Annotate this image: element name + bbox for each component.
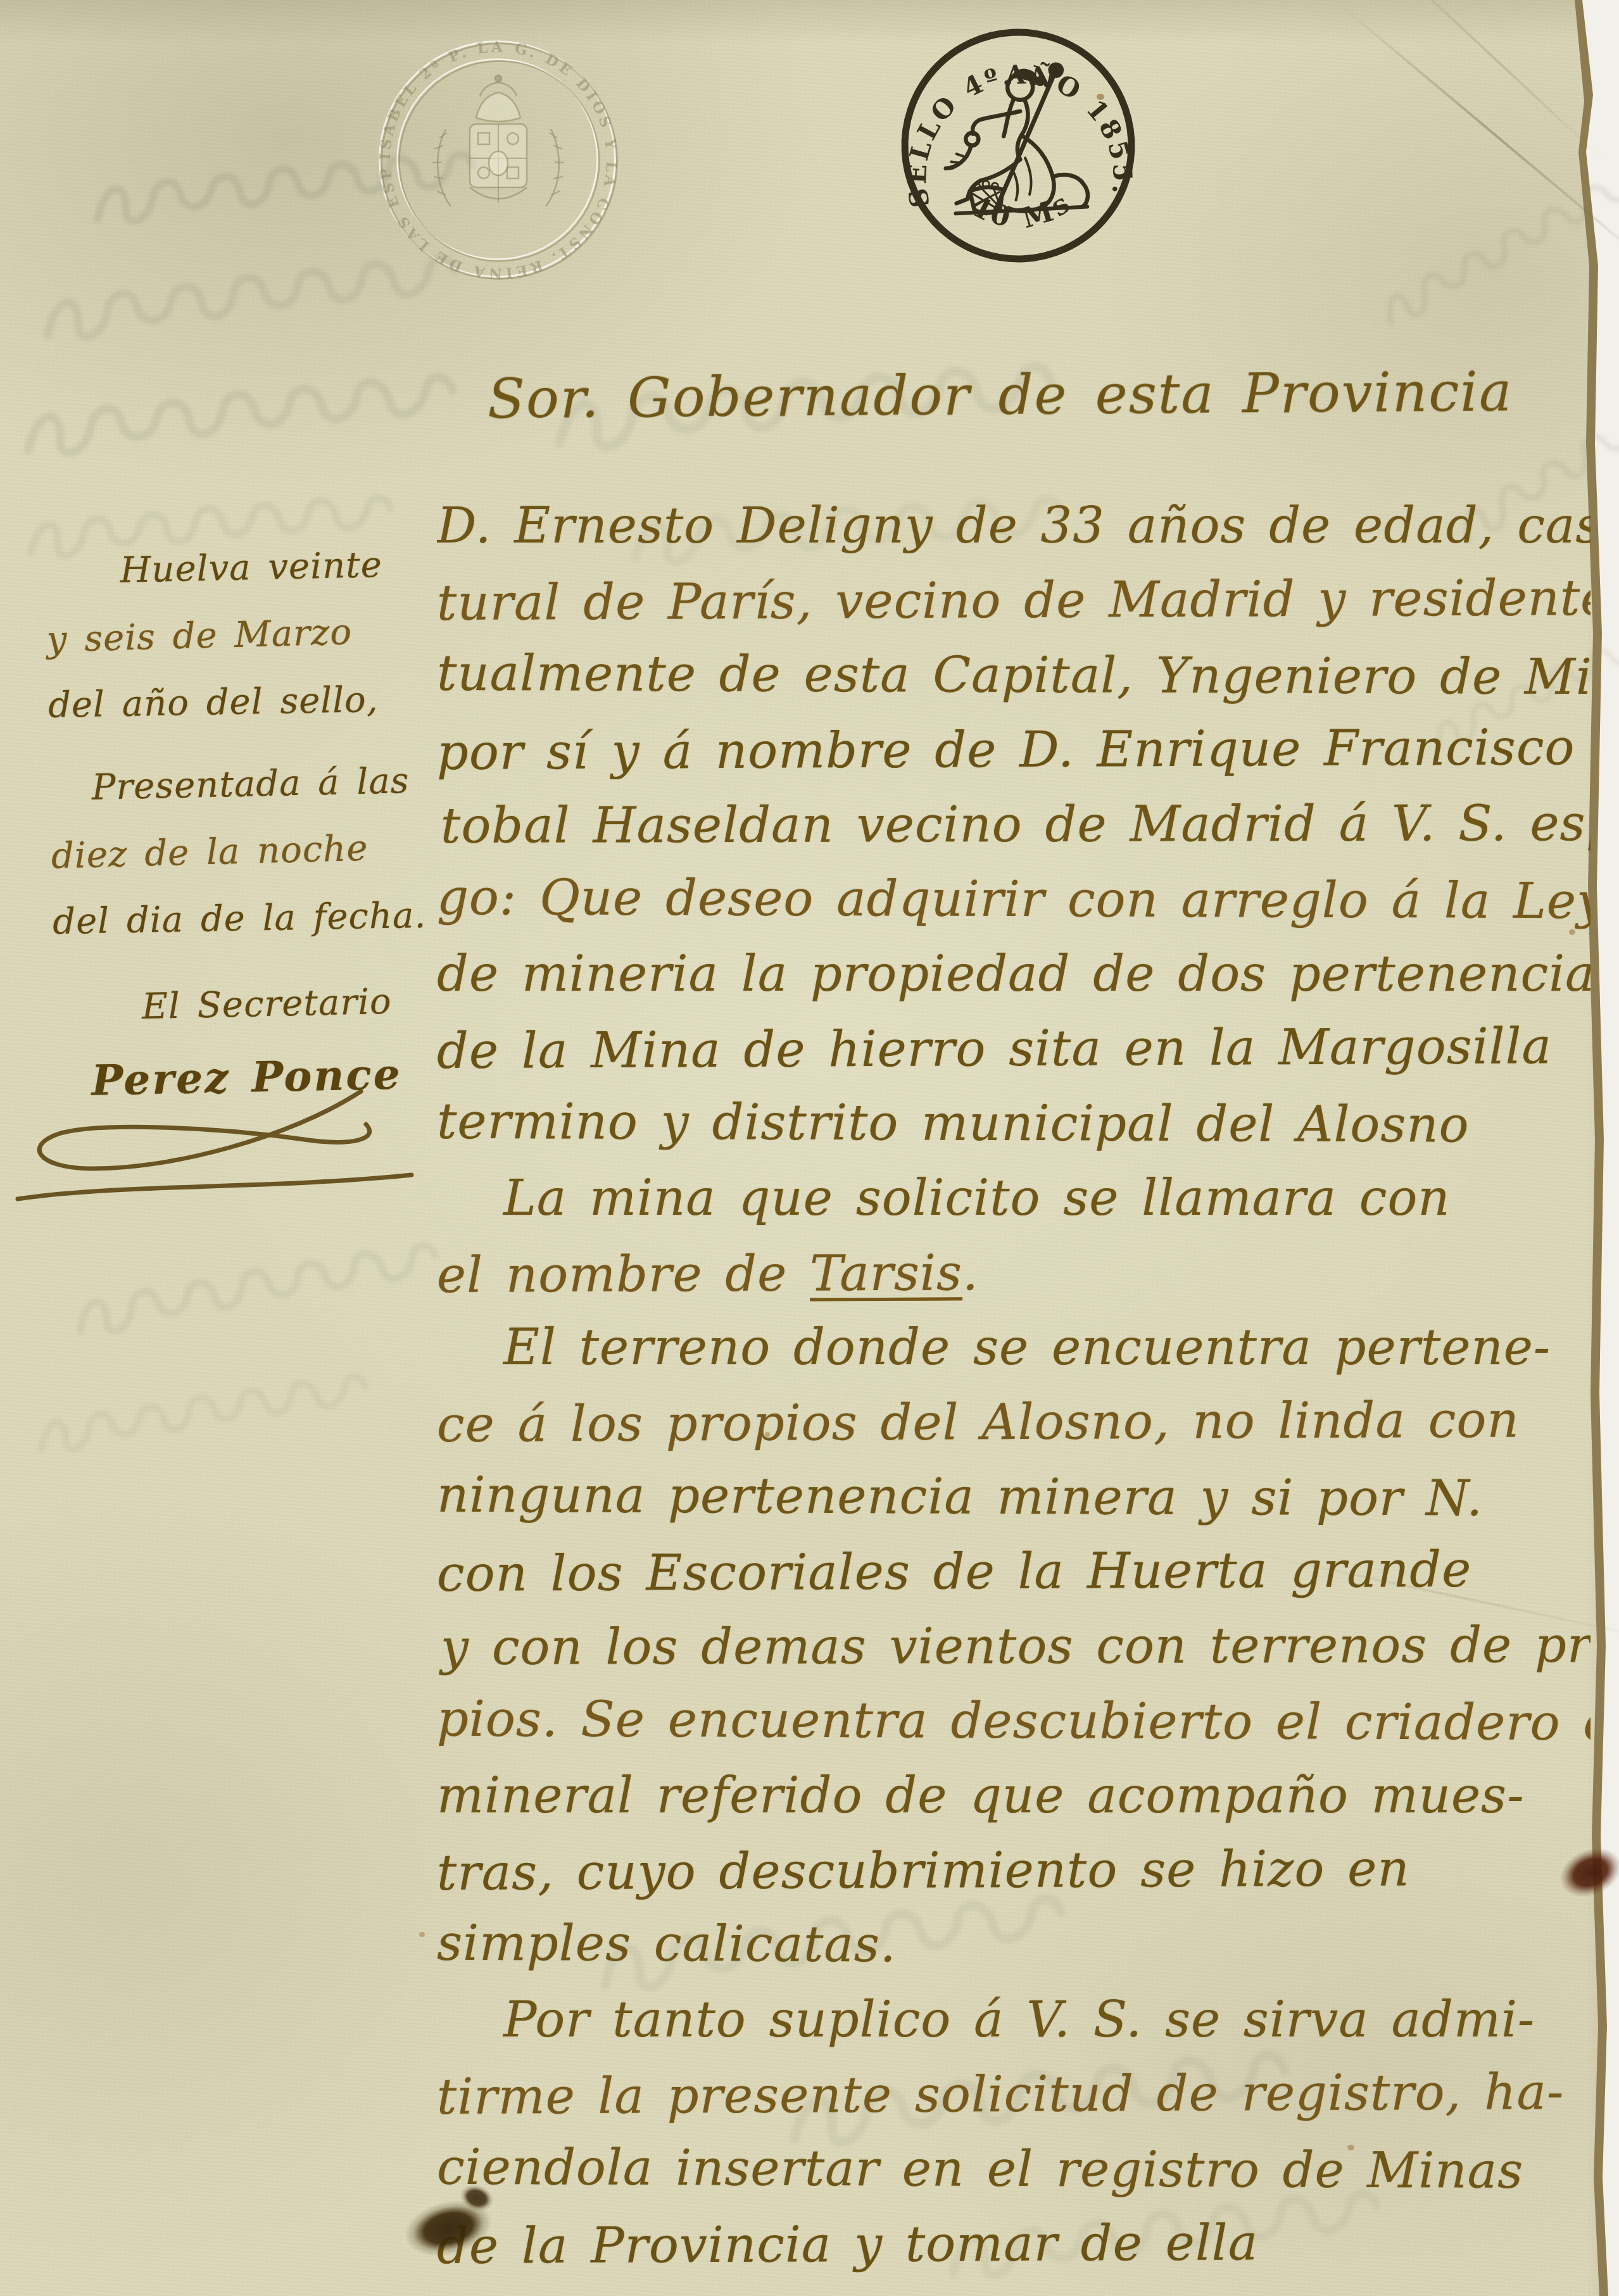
- manuscript-line: el nombre de Tarsis.: [437, 1233, 1591, 1313]
- margin-date-group: Huelva veintey seis de Marzodel año del …: [45, 531, 417, 740]
- paper-speck: [419, 1932, 425, 1937]
- paper-speck: [1569, 929, 1575, 935]
- manuscript-line: ninguna pertenencia minera y si por N.: [437, 1458, 1591, 1536]
- letter-paragraph: D. Ernesto Deligny de 33 años de edad, c…: [437, 489, 1591, 1161]
- manuscript-line: Por tanto suplico á V. S. se sirva admi-: [437, 1983, 1591, 2057]
- revenue-stamp: SELLO 4º. AÑO 1855. 40 Ms: [885, 13, 1151, 279]
- margin-secretary-group: El Secretario: [54, 968, 422, 1043]
- letter-paragraph: Por tanto suplico á V. S. se sirva admi-…: [437, 1983, 1591, 2281]
- manuscript-line: La mina que solicito se llamara con: [437, 1161, 1591, 1236]
- manuscript-line: tobal Haseldan vecino de Madrid á V. S. …: [441, 786, 1591, 863]
- signature-flourish: [6, 1069, 424, 1220]
- manuscript-line: pios. Se encuentra descubierto el criade…: [437, 1682, 1591, 1760]
- manuscript-line: ciendola insertar en el registro de Mina…: [437, 2130, 1591, 2209]
- manuscript-line: go: Que deseo adquirir con arreglo á la …: [437, 860, 1591, 939]
- letter-paragraph: La mina que solicito se llamara conel no…: [437, 1161, 1591, 1310]
- manuscript-line: de la Mina de hierro sita en la Margosil…: [437, 1009, 1591, 1089]
- manuscript-line: ce á los propios del Alosno, no linda co…: [437, 1383, 1591, 1462]
- manuscript-line: y con los demas vientos con terrenos de …: [441, 1608, 1591, 1685]
- manuscript-line: tualmente de esta Capital, Yngeniero de …: [437, 636, 1591, 715]
- manuscript-line: El Secretario: [141, 968, 422, 1041]
- manuscript-line: termino y distrito municipal del Alosno: [437, 1084, 1591, 1163]
- scanned-document-page: { "page": { "background_color": "#f2f0ea…: [0, 0, 1619, 2296]
- margin-presentation-group: Presentada á lasdiez de la nochedel dia …: [49, 748, 421, 957]
- manuscript-line: por sí y á nombre de D. Enrique Francisc…: [437, 710, 1591, 790]
- manuscript-line: Huelva veinte: [120, 531, 413, 605]
- manuscript-line: y seis de Marzo: [46, 598, 415, 674]
- manuscript-line: tras, cuyo descubrimiento se hizo en: [437, 1831, 1591, 1910]
- manuscript-line: de mineria la propiedad de dos pertenenc…: [437, 937, 1591, 1012]
- manuscript-line: tural de París, vecino de Madrid y resid…: [437, 561, 1591, 641]
- embossed-royal-seal: ISABEL 2ª P. LA G. DE DIOS Y LA CONST. R…: [375, 37, 622, 284]
- paper-speck: [765, 1432, 770, 1437]
- letter-body: D. Ernesto Deligny de 33 años de edad, c…: [437, 489, 1591, 2290]
- manuscript-line: El terreno donde se encuentra pertene-: [437, 1310, 1591, 1385]
- manuscript-line: de la Provincia y tomar de ella: [437, 2204, 1591, 2284]
- manuscript-line: tirme la presente solicitud de registro,…: [437, 2055, 1591, 2135]
- manuscript-line: del año del sello,: [47, 666, 416, 739]
- paper-speck: [1347, 2145, 1354, 2150]
- manuscript-line: simples calicatas.: [437, 1906, 1591, 1985]
- salutation: Sor. Gobernador de esta Provincia: [488, 360, 1513, 430]
- manuscript-line: del dia de la fecha.: [52, 882, 420, 956]
- manuscript-line: mineral referido de que acompaño mues-: [437, 1759, 1591, 1833]
- letter-paragraph: El terreno donde se encuentra pertene-ce…: [437, 1310, 1591, 1983]
- underlined-word: Tarsis: [810, 1245, 962, 1302]
- margin-note: Huelva veintey seis de Marzodel año del …: [45, 531, 424, 1115]
- manuscript-line: con los Escoriales de la Huerta grande: [437, 1532, 1591, 1612]
- manuscript-line: Presentada á las: [91, 748, 418, 822]
- manuscript-line: D. Ernesto Deligny de 33 años de edad, c…: [437, 489, 1591, 563]
- manuscript-line: diez de la noche: [51, 814, 419, 891]
- paper-speck: [1097, 94, 1104, 100]
